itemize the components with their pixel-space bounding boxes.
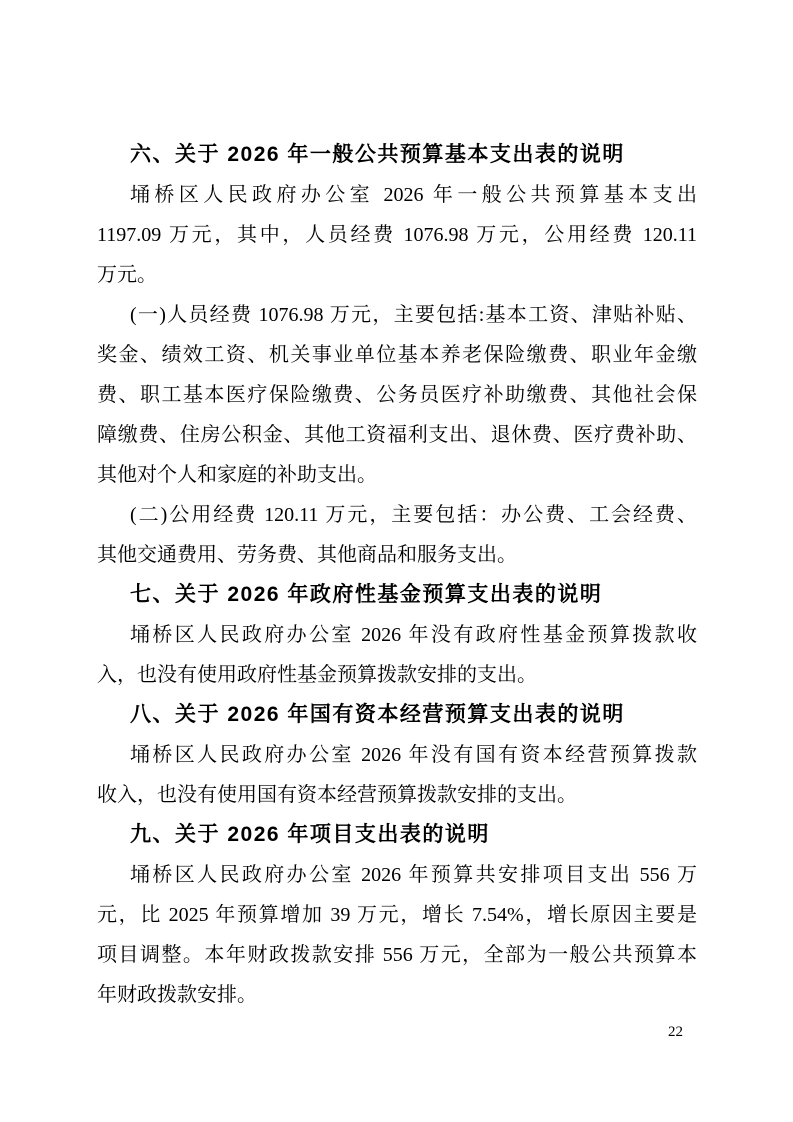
text-line: 年财政拨款安排。 <box>97 975 697 1015</box>
text-line: (二)公用经费 120.11 万元，主要包括：办公费、工会经费、 <box>97 495 697 535</box>
text-line: 入，也没有使用政府性基金预算拨款安排的支出。 <box>97 655 697 695</box>
text-line: 障缴费、住房公积金、其他工资福利支出、退休费、医疗费补助、 <box>97 415 697 455</box>
text-line: 埇桥区人民政府办公室 2026 年一般公共预算基本支出 <box>97 175 697 215</box>
section-heading: 九、关于 2026 年项目支出表的说明 <box>97 815 697 855</box>
text-line: 埇桥区人民政府办公室 2026 年没有国有资本经营预算拨款 <box>97 735 697 775</box>
text-line: 其他交通费用、劳务费、其他商品和服务支出。 <box>97 535 697 575</box>
document-content: 六、关于 2026 年一般公共预算基本支出表的说明埇桥区人民政府办公室 2026… <box>97 135 697 1015</box>
section-heading: 六、关于 2026 年一般公共预算基本支出表的说明 <box>97 135 697 175</box>
text-line: 费、职工基本医疗保险缴费、公务员医疗补助缴费、其他社会保 <box>97 375 697 415</box>
body-paragraph: (二)公用经费 120.11 万元，主要包括：办公费、工会经费、其他交通费用、劳… <box>97 495 697 575</box>
text-line: 埇桥区人民政府办公室 2026 年没有政府性基金预算拨款收 <box>97 615 697 655</box>
body-paragraph: (一)人员经费 1076.98 万元，主要包括:基本工资、津贴补贴、奖金、绩效工… <box>97 295 697 495</box>
body-paragraph: 埇桥区人民政府办公室 2026 年一般公共预算基本支出1197.09 万元，其中… <box>97 175 697 295</box>
text-line: 收入，也没有使用国有资本经营预算拨款安排的支出。 <box>97 775 697 815</box>
text-line: 万元。 <box>97 255 697 295</box>
body-paragraph: 埇桥区人民政府办公室 2026 年预算共安排项目支出 556 万元，比 2025… <box>97 855 697 1015</box>
text-line: 埇桥区人民政府办公室 2026 年预算共安排项目支出 556 万 <box>97 855 697 895</box>
text-line: 元，比 2025 年预算增加 39 万元，增长 7.54%，增长原因主要是 <box>97 895 697 935</box>
text-line: 项目调整。本年财政拨款安排 556 万元，全部为一般公共预算本 <box>97 935 697 975</box>
text-line: (一)人员经费 1076.98 万元，主要包括:基本工资、津贴补贴、 <box>97 295 697 335</box>
section-heading: 七、关于 2026 年政府性基金预算支出表的说明 <box>97 575 697 615</box>
body-paragraph: 埇桥区人民政府办公室 2026 年没有政府性基金预算拨款收入，也没有使用政府性基… <box>97 615 697 695</box>
text-line: 1197.09 万元，其中，人员经费 1076.98 万元，公用经费 120.1… <box>97 215 697 255</box>
body-paragraph: 埇桥区人民政府办公室 2026 年没有国有资本经营预算拨款收入，也没有使用国有资… <box>97 735 697 815</box>
text-line: 其他对个人和家庭的补助支出。 <box>97 455 697 495</box>
text-line: 奖金、绩效工资、机关事业单位基本养老保险缴费、职业年金缴 <box>97 335 697 375</box>
document-page: 六、关于 2026 年一般公共预算基本支出表的说明埇桥区人民政府办公室 2026… <box>0 0 793 1122</box>
section-heading: 八、关于 2026 年国有资本经营预算支出表的说明 <box>97 695 697 735</box>
page-number: 22 <box>668 1022 683 1042</box>
